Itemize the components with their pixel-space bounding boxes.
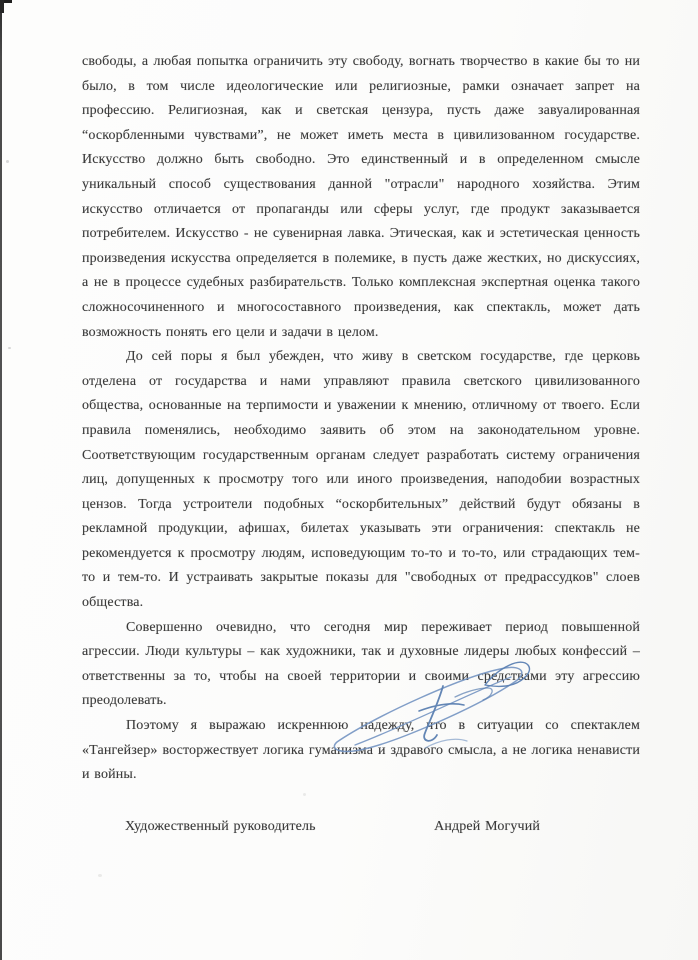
letter-body: свободы, а любая попытка ограничить эту …: [82, 50, 640, 839]
signature-block: Художественный руководитель Андрей Могуч…: [82, 815, 640, 840]
letter-paragraph: Поэтому я выражаю искреннюю надежду, что…: [82, 714, 640, 788]
signer-title: Художественный руководитель: [125, 815, 316, 840]
scanned-letter-page: свободы, а любая попытка ограничить эту …: [0, 0, 698, 960]
signer-name: Андрей Могучий: [434, 815, 540, 840]
scan-speck: [6, 160, 9, 163]
scan-edge-artifact: [0, 0, 2, 960]
scan-speck: [98, 874, 102, 877]
scan-corner-artifact: [0, 0, 4, 13]
letter-paragraph: Совершенно очевидно, что сегодня мир пер…: [82, 616, 640, 714]
letter-paragraph: До сей поры я был убежден, что живу в св…: [82, 345, 640, 616]
scan-speck: [8, 347, 11, 349]
letter-paragraph: свободы, а любая попытка ограничить эту …: [82, 50, 640, 345]
